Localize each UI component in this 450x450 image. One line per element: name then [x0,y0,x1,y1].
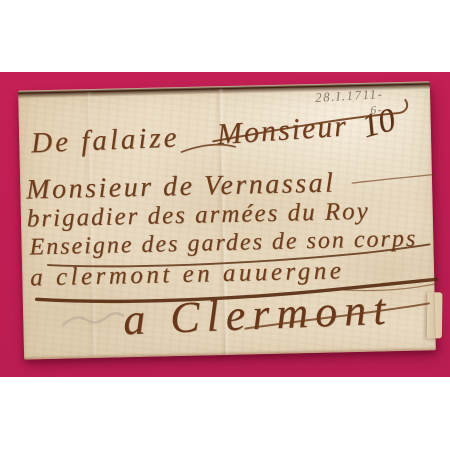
letter-paper: 28.I.1711- 6- De falaize Monsieur 10 Mon… [18,84,436,359]
destination-line-2: a Clermont [122,284,393,346]
pencil-date-note: 28.I.1711- [315,86,384,106]
struck-monsieur-word: Monsieur [216,110,349,153]
postal-rate-marking: 10 [358,102,400,146]
photo: 28.I.1711- 6- De falaize Monsieur 10 Mon… [0,0,450,450]
pencil-smudge [63,313,123,325]
vernassal-trailing-line [352,174,436,183]
origin-marking: De falaize [31,121,181,160]
paper-fold-flap [427,292,443,338]
